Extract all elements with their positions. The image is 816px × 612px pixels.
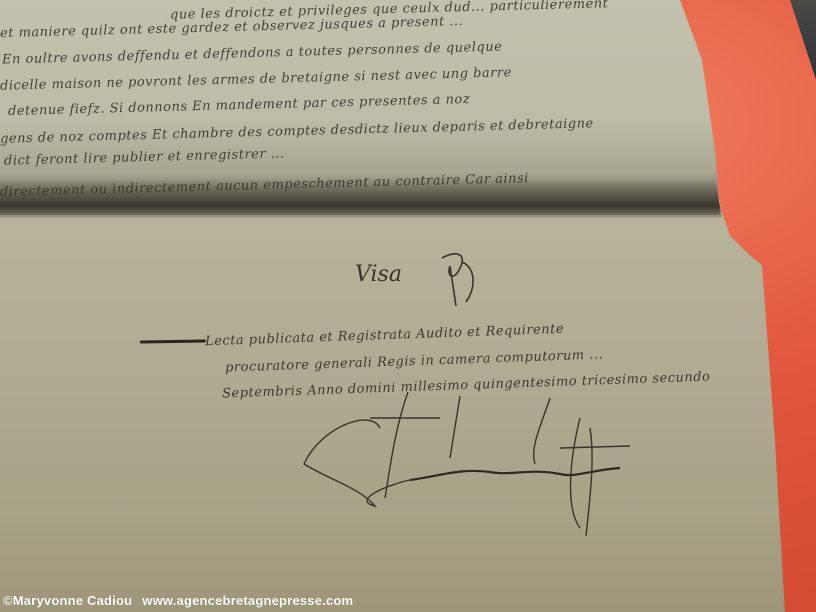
visa-notation: Visa — [355, 262, 402, 287]
manuscript-line: dicelle maison ne povront les armes de b… — [0, 65, 512, 93]
manuscript-photo: que les droictz et privileges que ceulx … — [0, 0, 816, 612]
manuscript-line: gens de noz comptes Et chambre des compt… — [0, 116, 594, 147]
photo-credit-watermark: ©Maryvonne Cadiouwww.agencebretagnepress… — [3, 593, 363, 608]
author-credit: ©Maryvonne Cadiou — [3, 593, 132, 608]
manuscript-line: En oultre avons deffendu et deffendons a… — [2, 39, 503, 67]
manuscript-line: dict feront lire publier et enregistrer … — [4, 146, 285, 168]
website-credit: www.agencebretagnepresse.com — [142, 593, 353, 608]
visa-flourish-icon — [432, 248, 478, 306]
parchment-fold-shadow — [0, 178, 722, 218]
signature-flourish-icon — [290, 388, 670, 538]
manuscript-line: detenue fiefz. Si donnons En mandement p… — [8, 92, 470, 119]
